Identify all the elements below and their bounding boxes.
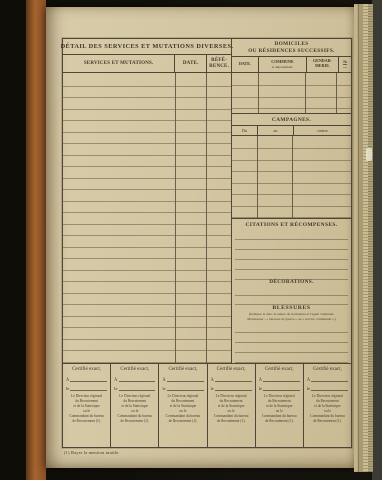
empty-ruled-row [63, 110, 231, 122]
domiciles-section: DOMICILES OU RÉSIDENCES SUCCESSIFS. DATE… [232, 39, 351, 114]
certificate-title: Certifié exact, [161, 366, 204, 372]
place-blank-line [119, 381, 156, 382]
empty-ruled-row [63, 190, 231, 202]
services-section: DÉTAIL DES SERVICES ET MUTATIONS DIVERSE… [63, 39, 232, 363]
empty-ruled-row [235, 343, 348, 353]
certificate-block: Certifié exact, À le Le Directeur région… [255, 364, 303, 447]
empty-ruled-row [235, 240, 348, 250]
date-blank-line [167, 390, 204, 391]
empty-ruled-row [63, 236, 231, 248]
certificate-signer: Le Directeur régional du Recrutement et … [113, 394, 156, 424]
empty-ruled-row [63, 75, 231, 87]
empty-ruled-row [232, 207, 351, 218]
empty-ruled-row [235, 250, 348, 260]
services-col-header: SERVICES ET MUTATIONS. [63, 55, 175, 72]
decorations-lines [232, 285, 351, 305]
empty-ruled-row [232, 149, 351, 161]
certificate-block: Certifié exact, À le Le Directeur région… [63, 364, 110, 447]
decorations-title: DÉCORATIONS. [232, 277, 351, 285]
certificate-signer: Le Directeur régional du Recrutement et … [258, 394, 301, 424]
empty-ruled-row [63, 225, 231, 237]
empty-ruled-row [232, 195, 351, 207]
place-label: À [211, 377, 214, 382]
certificate-date-line: le [259, 383, 300, 391]
number-header-mark-bottom: — [343, 64, 347, 69]
reference-col-header: RÉFÉ- RENCE. [207, 55, 231, 72]
certificate-place-line: À [211, 374, 252, 382]
date-blank-line [311, 390, 348, 391]
blessures-title: BLESSURES [232, 303, 351, 311]
domiciles-title: DOMICILES OU RÉSIDENCES SUCCESSIFS. [232, 39, 351, 55]
certificate-title: Certifié exact, [210, 366, 253, 372]
page-tab-mark [366, 148, 372, 161]
empty-ruled-row [232, 75, 351, 87]
empty-ruled-row [63, 328, 231, 340]
empty-ruled-row [63, 294, 231, 306]
empty-ruled-row [232, 161, 351, 173]
place-blank-line [70, 381, 107, 382]
signer-line: de Recrutement (1). [258, 419, 301, 424]
empty-ruled-row [63, 305, 231, 317]
certificate-block: Certifié exact, À le Le Directeur région… [110, 364, 158, 447]
services-title: DÉTAIL DES SERVICES ET MUTATIONS DIVERSE… [63, 39, 231, 54]
gendarmerie-header-line2: MERIE. [315, 64, 330, 69]
empty-ruled-row [63, 144, 231, 156]
empty-ruled-row [63, 179, 231, 191]
certificate-signer: Le Directeur régional du Recrutement et … [306, 394, 349, 424]
empty-ruled-row [235, 323, 348, 333]
campagnes-du-header: Du [232, 126, 258, 135]
domiciles-table-body [232, 73, 351, 113]
empty-ruled-row [63, 87, 231, 99]
matricule-form: DÉTAIL DES SERVICES ET MUTATIONS DIVERSE… [62, 38, 352, 448]
empty-ruled-row [63, 351, 231, 363]
empty-ruled-row [232, 138, 351, 150]
certificate-signer: Le Directeur régional du Recrutement et … [210, 394, 253, 424]
services-rows [63, 75, 231, 363]
date-label: le [211, 386, 214, 391]
certificate-place-line: À [162, 374, 203, 382]
page-edge-strip [368, 4, 373, 472]
empty-ruled-row [235, 353, 348, 363]
empty-ruled-row [235, 230, 348, 240]
campagnes-header-row: Du au contre [232, 125, 351, 136]
certificate-block: Certifié exact, À le Le Directeur région… [303, 364, 351, 447]
date-label: le [307, 386, 310, 391]
services-table-body [63, 73, 231, 363]
form-main-area: DÉTAIL DES SERVICES ET MUTATIONS DIVERSE… [63, 39, 351, 363]
empty-ruled-row [235, 260, 348, 270]
certificate-signer: Le Directeur régional du Recrutement et … [161, 394, 204, 424]
signer-line: de Recrutement (1). [65, 419, 108, 424]
empty-ruled-row [63, 213, 231, 225]
domiciles-number-header: № — [339, 57, 351, 72]
blessures-lines [232, 321, 351, 363]
domiciles-title-line2: OU RÉSIDENCES SUCCESSIFS. [248, 48, 335, 54]
campagnes-section: CAMPAGNES. Du au contre [232, 114, 351, 219]
domiciles-title-line1: DOMICILES [274, 41, 308, 47]
decorations-section: DÉCORATIONS. [232, 277, 351, 303]
certificate-block: Certifié exact, À le Le Directeur région… [158, 364, 206, 447]
signer-line: de Recrutement (1). [161, 419, 204, 424]
book-spine [26, 0, 46, 480]
signer-line: de Recrutement (1). [113, 419, 156, 424]
empty-ruled-row [232, 98, 351, 110]
reference-header-line2: RENCE. [209, 64, 229, 70]
empty-ruled-row [232, 86, 351, 98]
empty-ruled-row [63, 282, 231, 294]
empty-ruled-row [63, 167, 231, 179]
empty-ruled-row [63, 271, 231, 283]
date-label: le [162, 386, 165, 391]
date-label: le [114, 386, 117, 391]
domiciles-commune-header: COMMUNE et département. [259, 57, 307, 72]
empty-ruled-row [63, 259, 231, 271]
certificate-title: Certifié exact, [258, 366, 301, 372]
blessures-section: BLESSURES (Indiquer la date, la nature d… [232, 303, 351, 363]
empty-ruled-row [235, 333, 348, 343]
citations-lines [232, 228, 351, 280]
certificates-band: Certifié exact, À le Le Directeur région… [63, 363, 351, 447]
certificate-title: Certifié exact, [306, 366, 349, 372]
blessures-note: (Indiquer la date, la nature de la bless… [232, 311, 351, 321]
certificate-signer: Le Directeur régional du Recrutement et … [65, 394, 108, 424]
empty-ruled-row [232, 172, 351, 184]
date-blank-line [70, 390, 107, 391]
certificate-date-line: le [307, 383, 348, 391]
place-blank-line [311, 381, 348, 382]
signer-line: de Recrutement (1). [210, 419, 253, 424]
certificate-date-line: le [211, 383, 252, 391]
place-label: À [162, 377, 165, 382]
services-header-row: SERVICES ET MUTATIONS. DATE. RÉFÉ- RENCE… [63, 54, 231, 73]
date-blank-line [119, 390, 156, 391]
domiciles-header-row: DATE. COMMUNE et département. GENDAR- ME… [232, 56, 351, 73]
place-blank-line [167, 381, 204, 382]
certificate-place-line: À [307, 374, 348, 382]
campagnes-table-body [232, 136, 351, 218]
place-label: À [307, 377, 310, 382]
certificate-date-line: le [162, 383, 203, 391]
date-blank-line [263, 390, 300, 391]
certificate-title: Certifié exact, [113, 366, 156, 372]
commune-header-sub: et département. [272, 65, 294, 69]
scanner-bed-right [372, 0, 382, 480]
empty-ruled-row [235, 287, 348, 296]
footnote: (1) Rayer la mention inutile. [64, 450, 120, 455]
empty-ruled-row [63, 202, 231, 214]
citations-title: CITATIONS ET RÉCOMPENSES. [232, 219, 351, 228]
empty-ruled-row [63, 317, 231, 329]
register-page: DÉTAIL DES SERVICES ET MUTATIONS DIVERSE… [46, 7, 354, 468]
date-label: le [259, 386, 262, 391]
signer-line: de Recrutement (1). [306, 419, 349, 424]
campagnes-contre-header: contre [294, 126, 351, 135]
place-blank-line [215, 381, 252, 382]
scanned-register-background: DÉTAIL DES SERVICES ET MUTATIONS DIVERSE… [0, 0, 382, 480]
empty-ruled-row [63, 98, 231, 110]
certificate-place-line: À [66, 374, 107, 382]
campagnes-au-header: au [258, 126, 294, 135]
empty-ruled-row [63, 363, 231, 364]
citations-section: CITATIONS ET RÉCOMPENSES. [232, 219, 351, 277]
campagnes-title: CAMPAGNES. [232, 114, 351, 123]
empty-ruled-row [232, 109, 351, 113]
date-label: le [66, 386, 69, 391]
domiciles-rows [232, 75, 351, 113]
certificate-date-line: le [114, 383, 155, 391]
certificate-place-line: À [259, 374, 300, 382]
place-blank-line [263, 381, 300, 382]
empty-ruled-row [232, 184, 351, 196]
place-label: À [114, 377, 117, 382]
place-label: À [259, 377, 262, 382]
empty-ruled-row [63, 133, 231, 145]
date-blank-line [215, 390, 252, 391]
domiciles-date-header: DATE. [232, 57, 259, 72]
certificate-block: Certifié exact, À le Le Directeur région… [207, 364, 255, 447]
empty-ruled-row [63, 156, 231, 168]
empty-ruled-row [63, 248, 231, 260]
campagnes-rows [232, 138, 351, 218]
certificate-place-line: À [114, 374, 155, 382]
empty-ruled-row [63, 340, 231, 352]
empty-ruled-row [63, 121, 231, 133]
domiciles-gendarmerie-header: GENDAR- MERIE. [307, 57, 339, 72]
date-col-header: DATE. [175, 55, 207, 72]
place-label: À [66, 377, 69, 382]
right-sections: DOMICILES OU RÉSIDENCES SUCCESSIFS. DATE… [232, 39, 351, 363]
certificate-date-line: le [66, 383, 107, 391]
certificate-title: Certifié exact, [65, 366, 108, 372]
